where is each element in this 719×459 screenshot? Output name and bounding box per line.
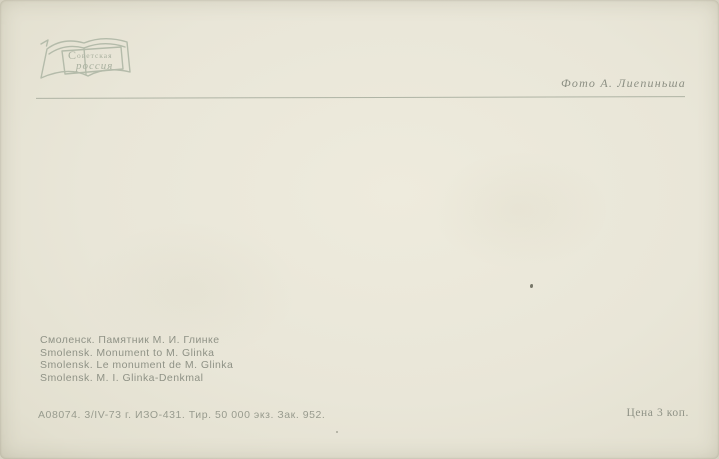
logo-text-line1: оветская bbox=[77, 51, 113, 60]
caption-line-de: Smolensk. M. I. Glinka-Denkmal bbox=[40, 372, 233, 385]
paper-speck bbox=[336, 431, 338, 433]
divider-rule bbox=[36, 96, 685, 99]
paper-stain bbox=[430, 150, 610, 270]
imprint-line: А08074. 3/IV-73 г. ИЗО-431. Тир. 50 000 … bbox=[38, 409, 325, 421]
postcard-back: С оветская россия Фото А. Лиепиньша Смол… bbox=[0, 0, 719, 459]
logo-initial-letter: С bbox=[68, 48, 76, 62]
logo-text-line2: россия bbox=[75, 60, 113, 72]
photo-credit: Фото А. Лиепиньша bbox=[561, 76, 686, 91]
publisher-logo-open-book-icon: С оветская россия bbox=[36, 34, 136, 92]
caption-line-fr: Smolensk. Le monument de M. Glinka bbox=[40, 359, 233, 372]
caption-line-en: Smolensk. Monument to M. Glinka bbox=[40, 347, 233, 360]
price-label: Цена 3 коп. bbox=[626, 407, 689, 419]
caption-line-ru: Смоленск. Памятник М. И. Глинке bbox=[40, 334, 233, 347]
paper-speck bbox=[530, 284, 533, 288]
caption-block: Смоленск. Памятник М. И. Глинке Smolensk… bbox=[40, 334, 233, 384]
logo-flag-mark bbox=[41, 40, 48, 46]
